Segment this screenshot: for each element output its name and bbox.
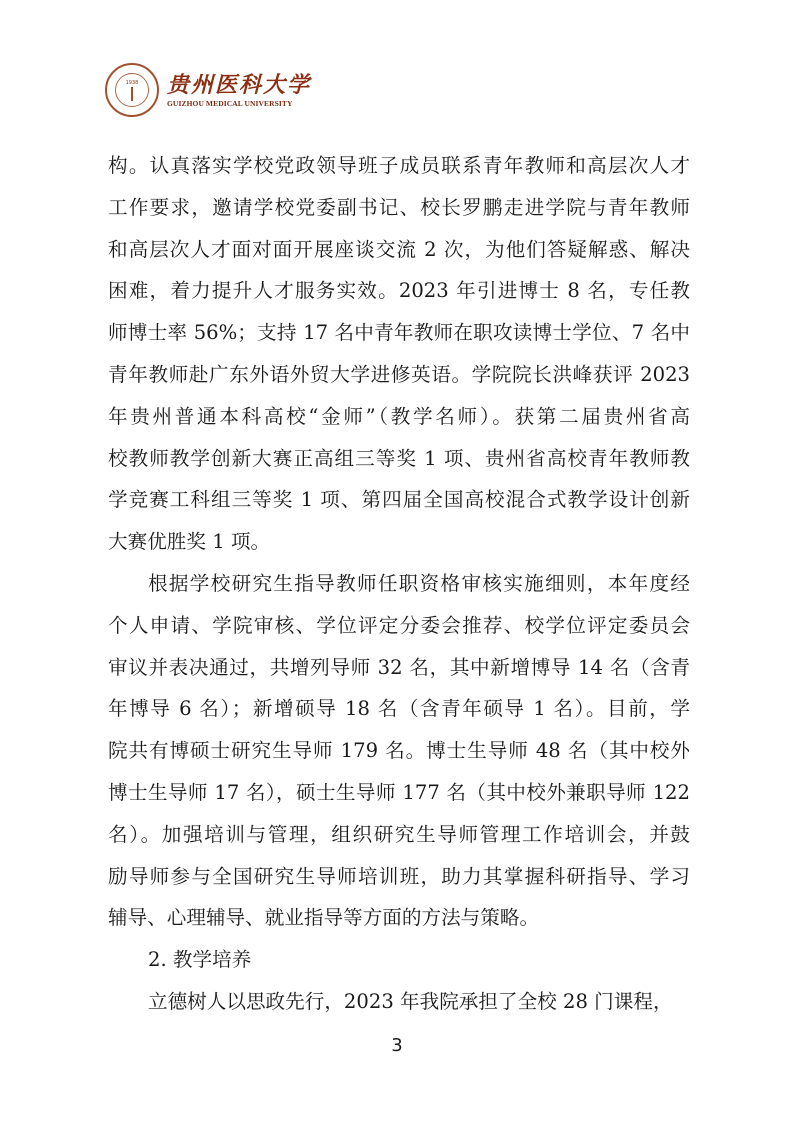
document-body: 构。认真落实学校党政领导班子成员联系青年教师和高层次人才 工作要求，邀请学校党委… xyxy=(108,145,690,1023)
text-line: 校教师教学创新大赛正高组三等奖 1 项、贵州省高校青年教师教 xyxy=(108,438,690,480)
text-line: 励导师参与全国研究生导师培训班，助力其掌握科研指导、学习 xyxy=(108,856,690,898)
text-line: 大赛优胜奖 1 项。 xyxy=(108,521,690,563)
text-line: 博士生导师 17 名），硕士生导师 177 名（其中校外兼职导师 122 xyxy=(108,772,690,814)
text-line: 辅导、心理辅导、就业指导等方面的方法与策略。 xyxy=(108,897,690,939)
paragraph-start-line: 根据学校研究生指导教师任职资格审核实施细则，本年度经 xyxy=(108,563,690,605)
page-header: 1938 贵州医科大学 GUIZHOU MEDICAL UNIVERSITY xyxy=(105,62,311,118)
caduceus-icon xyxy=(131,87,133,101)
seal-year: 1938 xyxy=(107,80,157,86)
text-line: 工作要求，邀请学校党委副书记、校长罗鹏走进学院与青年教师 xyxy=(108,187,690,229)
text-line: 青年教师赴广东外语外贸大学进修英语。学院院长洪峰获评 2023 xyxy=(108,354,690,396)
section-heading: 2. 教学培养 xyxy=(108,939,690,981)
text-line: 审议并表决通过，共增列导师 32 名，其中新增博导 14 名（含青 xyxy=(108,647,690,689)
text-line: 年博导 6 名）；新增硕导 18 名（含青年硕导 1 名）。目前，学 xyxy=(108,688,690,730)
page-number: 3 xyxy=(0,1035,794,1056)
text-line: 和高层次人才面对面开展座谈交流 2 次，为他们答疑解惑、解决 xyxy=(108,229,690,271)
text-line: 学竞赛工科组三等奖 1 项、第四届全国高校混合式教学设计创新 xyxy=(108,479,690,521)
university-name-en: GUIZHOU MEDICAL UNIVERSITY xyxy=(167,99,311,108)
text-line: 个人申请、学院审核、学位评定分委会推荐、校学位评定委员会 xyxy=(108,605,690,647)
text-line: 名）。加强培训与管理，组织研究生导师管理工作培训会，并鼓 xyxy=(108,814,690,856)
text-line: 构。认真落实学校党政领导班子成员联系青年教师和高层次人才 xyxy=(108,145,690,187)
university-name-cn: 贵州医科大学 xyxy=(167,72,311,98)
text-line: 院共有博硕士研究生导师 179 名。博士生导师 48 名（其中校外 xyxy=(108,730,690,772)
text-line: 困难，着力提升人才服务实效。2023 年引进博士 8 名，专任教 xyxy=(108,270,690,312)
text-line: 年贵州普通本科高校“金师”（教学名师）。获第二届贵州省高 xyxy=(108,396,690,438)
university-wordmark: 贵州医科大学 GUIZHOU MEDICAL UNIVERSITY xyxy=(167,72,311,108)
text-line: 师博士率 56%；支持 17 名中青年教师在职攻读博士学位、7 名中 xyxy=(108,312,690,354)
paragraph-start-line: 立德树人以思政先行，2023 年我院承担了全校 28 门课程， xyxy=(108,981,690,1023)
university-seal-logo: 1938 xyxy=(105,63,159,117)
